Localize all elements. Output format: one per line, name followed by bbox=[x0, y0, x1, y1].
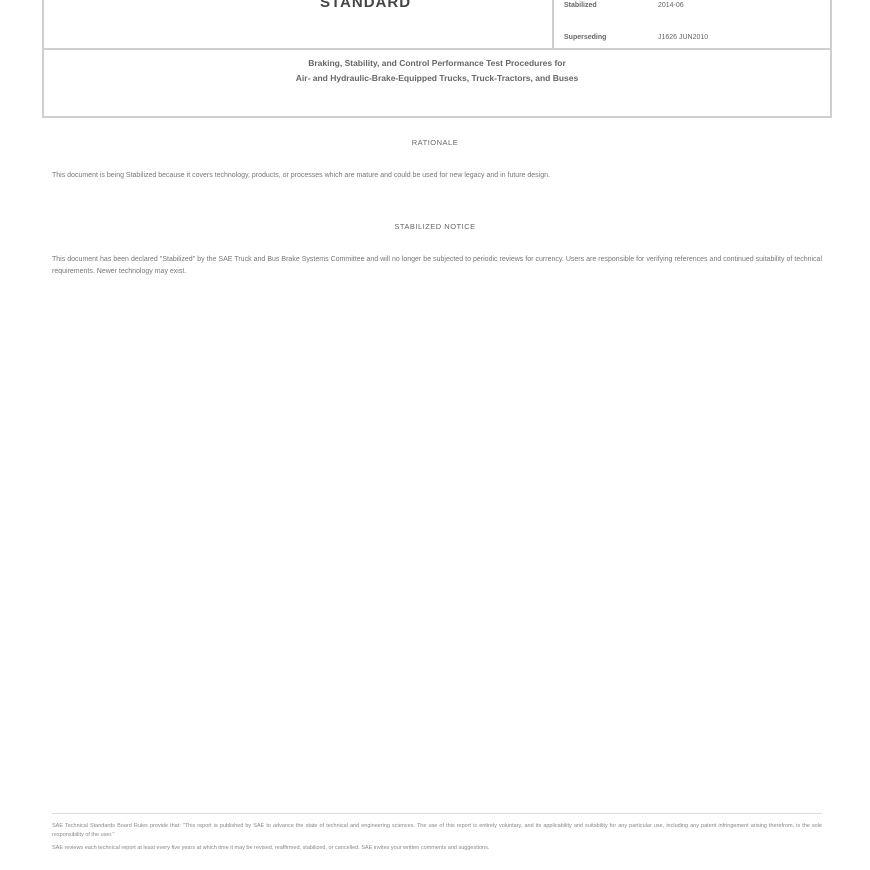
stabilized-notice-body: This document has been declared "Stabili… bbox=[52, 254, 822, 278]
meta-stabilized: Stabilized 2014-06 bbox=[564, 2, 684, 9]
stabilized-notice-heading: STABILIZED NOTICE bbox=[0, 222, 870, 231]
title-line-1: Braking, Stability, and Control Performa… bbox=[44, 56, 830, 71]
document-title: Braking, Stability, and Control Performa… bbox=[44, 56, 830, 86]
meta-value: J1626 JUN2010 bbox=[658, 34, 708, 41]
rationale-body: This document is being Stabilized becaus… bbox=[52, 170, 822, 182]
footer-review-notice: SAE reviews each technical report at lea… bbox=[52, 844, 822, 853]
title-line-2: Air- and Hydraulic-Brake-Equipped Trucks… bbox=[44, 71, 830, 86]
meta-value: 2014-06 bbox=[658, 2, 684, 9]
meta-superseding: Superseding J1626 JUN2010 bbox=[564, 34, 708, 41]
document-header: STANDARD Stabilized 2014-06 Superseding … bbox=[42, 0, 832, 118]
document-footer: SAE Technical Standards Board Rules prov… bbox=[52, 822, 822, 857]
meta-label: Stabilized bbox=[564, 2, 656, 9]
rationale-heading: RATIONALE bbox=[0, 138, 870, 147]
document-meta: Stabilized 2014-06 Superseding J1626 JUN… bbox=[552, 0, 834, 48]
footer-disclaimer: SAE Technical Standards Board Rules prov… bbox=[52, 822, 822, 840]
footer-divider bbox=[52, 813, 822, 814]
document-type-label: STANDARD bbox=[320, 0, 411, 11]
header-top-row: STANDARD Stabilized 2014-06 Superseding … bbox=[44, 0, 830, 50]
meta-label: Superseding bbox=[564, 34, 656, 41]
